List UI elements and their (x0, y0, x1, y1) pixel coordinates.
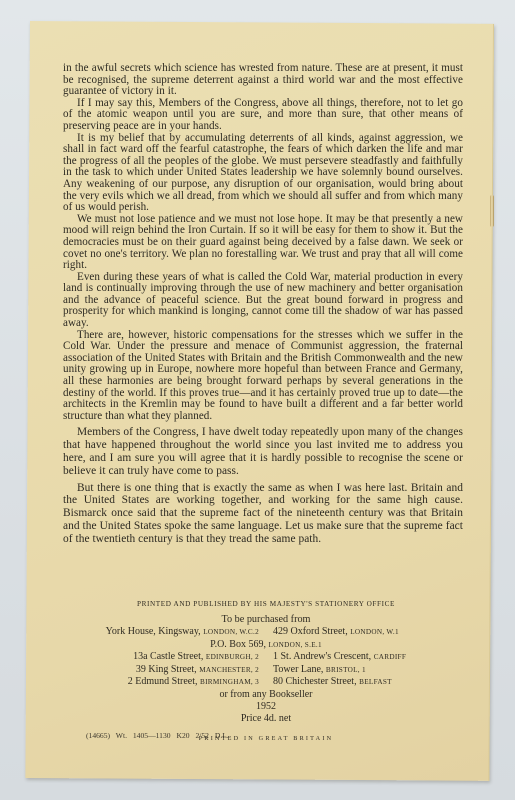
address-right: 429 Oxford Street, London, W.1 (269, 626, 456, 639)
publisher-line: PRINTED AND PUBLISHED BY HIS MAJESTY'S S… (76, 600, 456, 608)
publication-year: 1952 (76, 701, 456, 713)
address-row: 39 King Street, Manchester, 2 Tower Lane… (76, 664, 456, 677)
paragraph: Members of the Congress, I have dwelt to… (63, 426, 463, 477)
paragraph: There are, however, historic compensatio… (63, 330, 463, 423)
address-row: York House, Kingsway, London, W.C.2 429 … (76, 626, 456, 639)
speech-text: in the awful secrets which science has w… (63, 63, 463, 546)
paragraph: It is my belief that by accumulating det… (63, 133, 463, 214)
paragraph: We must not lose patience and we must no… (63, 214, 463, 272)
bookseller-line: or from any Bookseller (76, 689, 456, 701)
address-right: 1 St. Andrew's Crescent, Cardiff (269, 651, 456, 664)
paragraph: If I may say this, Members of the Congre… (63, 98, 463, 133)
purchase-heading: To be purchased from (76, 614, 456, 626)
address-row: 13a Castle Street, Edinburgh, 2 1 St. An… (76, 651, 456, 664)
address-row: P.O. Box 569, London, S.E.1 (76, 639, 456, 652)
imprint-block: PRINTED AND PUBLISHED BY HIS MAJESTY'S S… (76, 600, 456, 742)
paragraph: in the awful secrets which science has w… (63, 63, 463, 98)
address-left: York House, Kingsway, London, W.C.2 (76, 626, 269, 639)
address-row: 2 Edmund Street, Birmingham, 3 80 Chiche… (76, 676, 456, 689)
staple-icon (490, 195, 494, 227)
address-left: 2 Edmund Street, Birmingham, 3 (76, 676, 269, 689)
address-left: 13a Castle Street, Edinburgh, 2 (76, 651, 269, 664)
address-left: 39 King Street, Manchester, 2 (76, 664, 269, 677)
price-line: Price 4d. net (76, 713, 456, 725)
print-code-line: (14665) Wt. 1405—1130 K20 2/52 D.L. (86, 731, 229, 740)
address-right: 80 Chichester Street, Belfast (269, 676, 456, 689)
paragraph: But there is one thing that is exactly t… (63, 482, 463, 546)
paragraph: Even during these years of what is calle… (63, 272, 463, 330)
address-right: Tower Lane, Bristol, 1 (269, 664, 456, 677)
